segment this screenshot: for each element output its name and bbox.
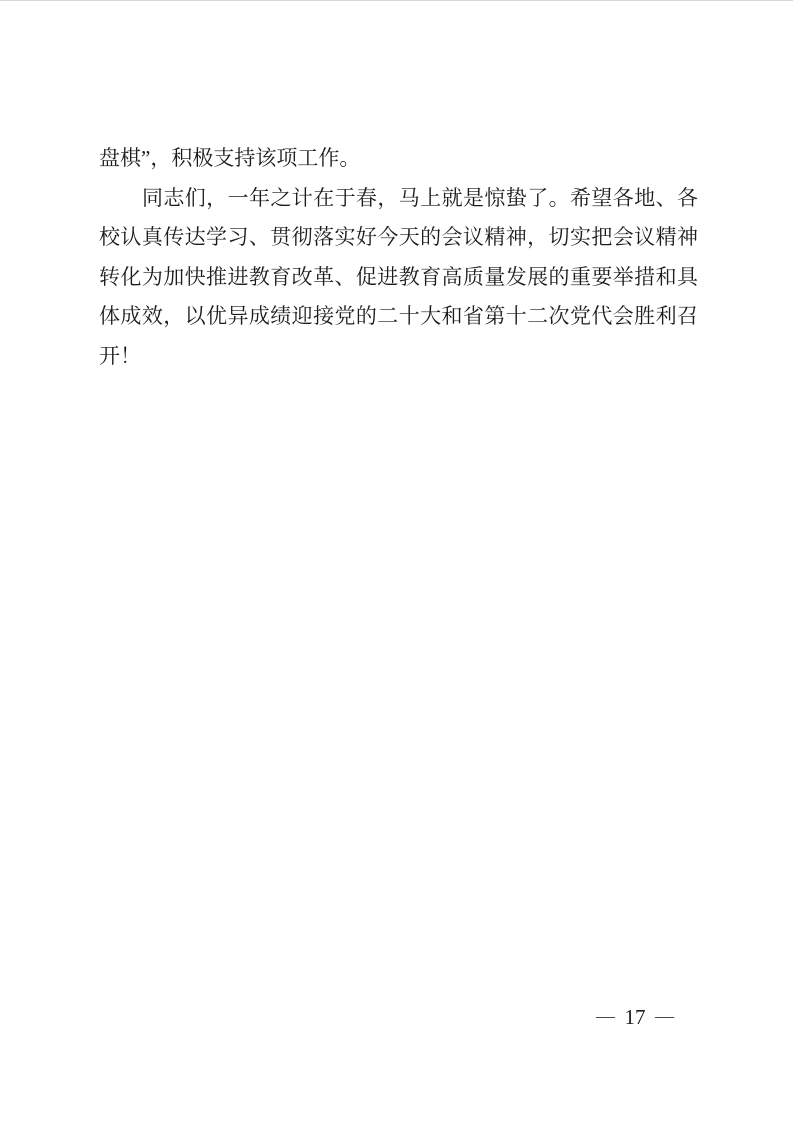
- text-line: 校认真传达学习、贯彻落实好今天的会议精神，切实把会议精神: [99, 218, 698, 258]
- document-page: 盘棋”，积极支持该项工作。 同志们，一年之计在于春，马上就是惊蛰了。希望各地、各…: [0, 0, 793, 1122]
- scan-edge-line: [0, 0, 793, 1]
- text-line: 盘棋”，积极支持该项工作。: [99, 139, 698, 179]
- page-number: — 17 —: [596, 1002, 674, 1032]
- body-text: 盘棋”，积极支持该项工作。 同志们，一年之计在于春，马上就是惊蛰了。希望各地、各…: [99, 139, 698, 376]
- page-number-dash-left: —: [596, 1002, 615, 1032]
- page-number-value: 17: [625, 1002, 646, 1032]
- text-line: 开！: [99, 337, 698, 377]
- page-number-dash-right: —: [655, 1002, 674, 1032]
- text-line: 同志们，一年之计在于春，马上就是惊蛰了。希望各地、各: [99, 179, 698, 219]
- text-line: 转化为加快推进教育改革、促进教育高质量发展的重要举措和具: [99, 258, 698, 298]
- text-line: 体成效，以优异成绩迎接党的二十大和省第十二次党代会胜利召: [99, 297, 698, 337]
